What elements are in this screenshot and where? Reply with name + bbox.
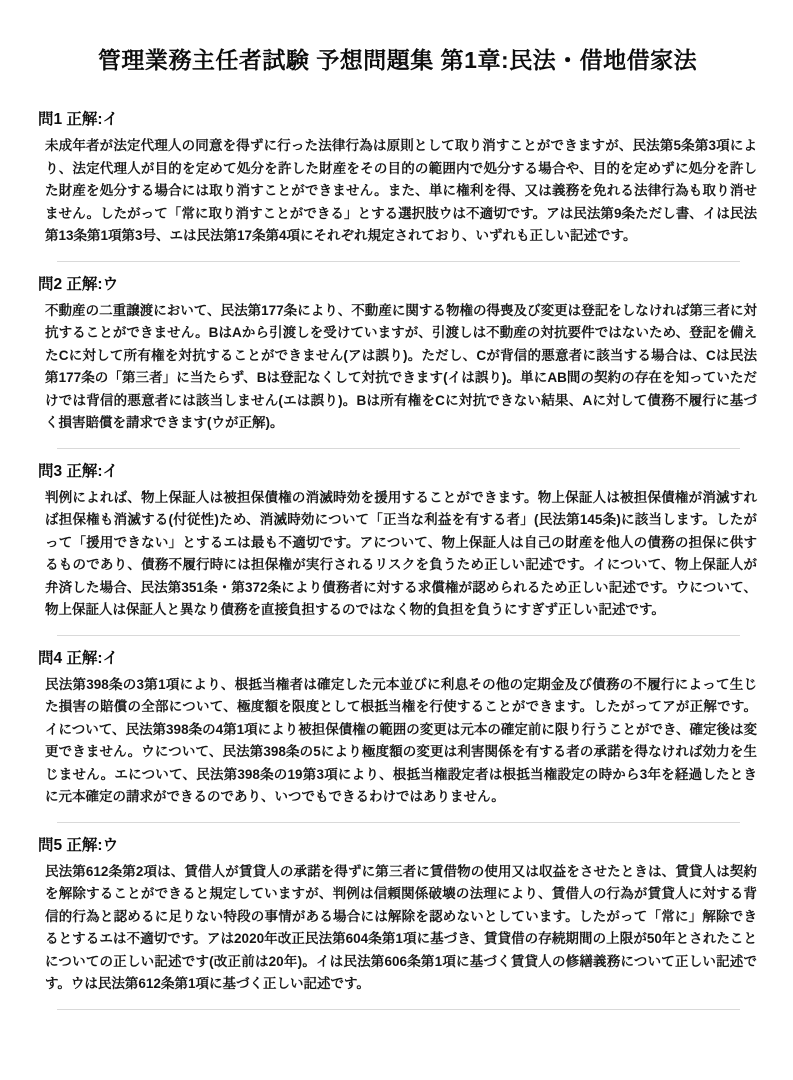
section-divider — [57, 635, 740, 636]
question-4-heading: 問4 正解:イ — [38, 648, 757, 669]
question-section-2: 問2 正解:ウ 不動産の二重譲渡において、民法第177条により、不動産に関する物… — [38, 274, 757, 449]
section-divider — [57, 822, 740, 823]
question-1-explanation: 未成年者が法定代理人の同意を得ずに行った法律行為は原則として取り消すことができま… — [45, 135, 757, 248]
question-section-5: 問5 正解:ウ 民法第612条第2項は、賃借人が賃貸人の承諾を得ずに第三者に賃借… — [38, 835, 757, 1010]
section-divider — [57, 448, 740, 449]
question-2-heading: 問2 正解:ウ — [38, 274, 757, 295]
document-title: 管理業務主任者試験 予想問題集 第1章:民法・借地借家法 — [38, 42, 757, 75]
question-5-explanation: 民法第612条第2項は、賃借人が賃貸人の承諾を得ずに第三者に賃借物の使用又は収益… — [45, 861, 757, 996]
question-section-4: 問4 正解:イ 民法第398条の3第1項により、根抵当権者は確定した元本並びに利… — [38, 648, 757, 823]
question-1-heading: 問1 正解:イ — [38, 109, 757, 130]
document-page: 管理業務主任者試験 予想問題集 第1章:民法・借地借家法 問1 正解:イ 未成年… — [0, 0, 793, 1080]
question-3-explanation: 判例によれば、物上保証人は被担保債権の消滅時効を援用することができます。物上保証… — [45, 487, 757, 622]
section-divider — [57, 261, 740, 262]
question-3-heading: 問3 正解:イ — [38, 461, 757, 482]
question-section-3: 問3 正解:イ 判例によれば、物上保証人は被担保債権の消滅時効を援用することがで… — [38, 461, 757, 636]
section-divider — [57, 1009, 740, 1010]
question-4-explanation: 民法第398条の3第1項により、根抵当権者は確定した元本並びに利息その他の定期金… — [45, 674, 757, 809]
question-section-1: 問1 正解:イ 未成年者が法定代理人の同意を得ずに行った法律行為は原則として取り… — [38, 109, 757, 262]
question-2-explanation: 不動産の二重譲渡において、民法第177条により、不動産に関する物権の得喪及び変更… — [45, 300, 757, 435]
question-5-heading: 問5 正解:ウ — [38, 835, 757, 856]
